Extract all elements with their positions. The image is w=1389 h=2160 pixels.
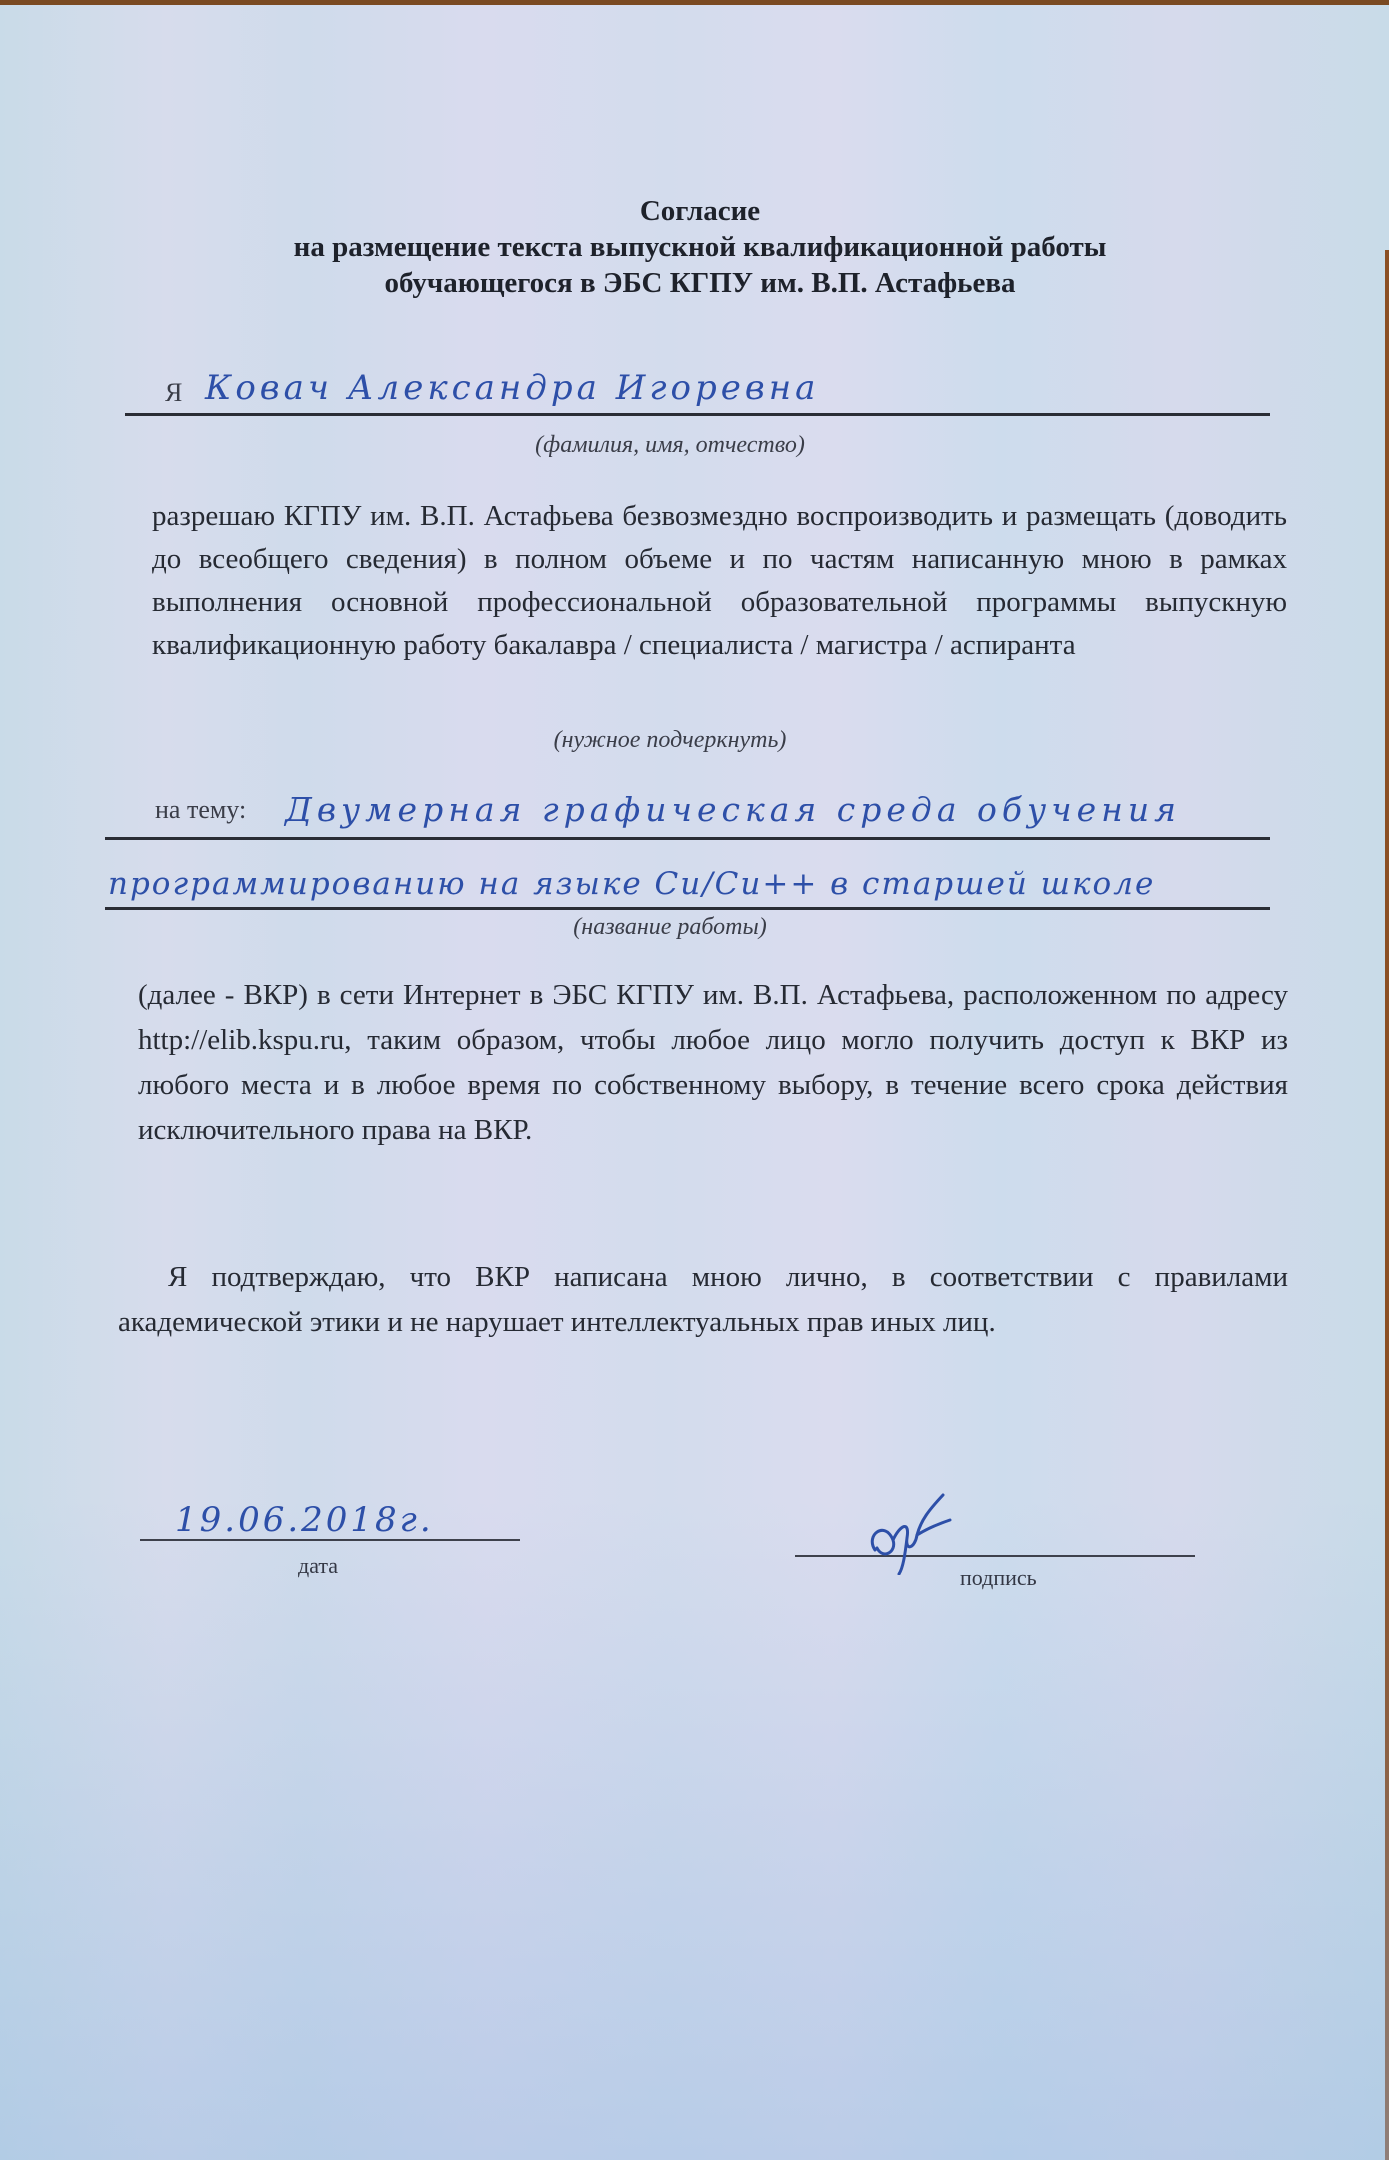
publication-text: (далее - ВКР) в сети Интернет в ЭБС КГПУ… [138,973,1288,1153]
name-caption: (фамилия, имя, отчество) [420,432,920,459]
name-prefix: Я [165,378,182,408]
publication-paragraph: (далее - ВКР) в сети Интернет в ЭБС КГПУ… [138,973,1288,1153]
topic-handwritten-line-1: Двумерная графическая среда обучения [285,790,1181,829]
title-line-2: на размещение текста выпускной квалифика… [150,229,1250,265]
title-line-1: Согласие [150,193,1250,229]
title-line-3: обучающегося в ЭБС КГПУ им. В.П. Астафье… [150,265,1250,301]
topic-underline-2 [105,907,1270,910]
date-caption: дата [298,1553,338,1579]
topic-prefix: на тему: [155,795,246,825]
topic-caption: (название работы) [420,914,920,941]
confirmation-text: Я подтверждаю, что ВКР написана мною лич… [118,1255,1288,1345]
name-underline [125,413,1270,416]
document-title: Согласие на размещение текста выпускной … [150,193,1250,301]
date-handwritten: 19.06.2018г. [175,1500,434,1540]
permission-paragraph: разрешаю КГПУ им. В.П. Астафьева безвозм… [152,495,1287,667]
permission-text: разрешаю КГПУ им. В.П. Астафьева безвозм… [152,495,1287,667]
degree-caption: (нужное подчеркнуть) [420,727,920,754]
topic-handwritten-line-2: программированию на языке Си/Си++ в стар… [108,866,1155,902]
confirmation-paragraph: Я подтверждаю, что ВКР написана мною лич… [118,1255,1288,1345]
signature-mark [855,1490,965,1575]
name-handwritten: Ковач Александра Игоревна [205,368,819,408]
consent-form-page: Согласие на размещение текста выпускной … [0,0,1389,2160]
topic-underline-1 [105,837,1270,840]
date-underline [140,1539,520,1541]
signature-caption: подпись [960,1565,1037,1591]
